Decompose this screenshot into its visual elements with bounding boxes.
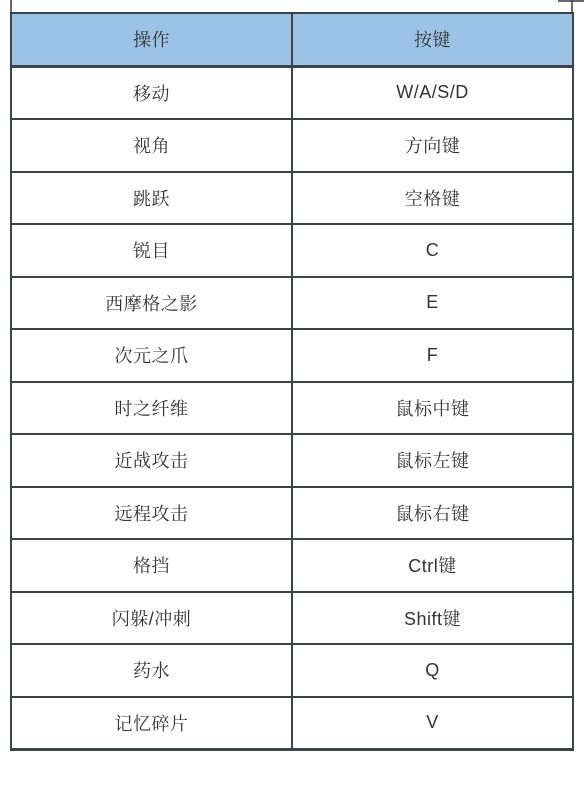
action-cell: 远程攻击: [11, 487, 292, 540]
action-cell: 移动: [11, 66, 292, 119]
table-row: 锐目C: [11, 224, 573, 277]
table-row: 时之纤维鼠标中键: [11, 382, 573, 435]
key-cell: Shift键: [292, 592, 573, 645]
key-cell: W/A/S/D: [292, 66, 573, 119]
table-row: 记忆碎片V: [11, 697, 573, 750]
key-cell: V: [292, 697, 573, 750]
column-header-key: 按键: [292, 13, 573, 66]
header-row: 操作 按键: [11, 13, 573, 66]
key-cell: 空格键: [292, 172, 573, 225]
key-cell: C: [292, 224, 573, 277]
table-row: 近战攻击鼠标左键: [11, 434, 573, 487]
table-row: 远程攻击鼠标右键: [11, 487, 573, 540]
table-header: 操作 按键: [11, 13, 573, 66]
key-cell: 鼠标中键: [292, 382, 573, 435]
crop-artifact-top-line: [558, 0, 584, 2]
table-row: 移动W/A/S/D: [11, 66, 573, 119]
action-cell: 药水: [11, 644, 292, 697]
table-row: 西摩格之影E: [11, 277, 573, 330]
action-cell: 近战攻击: [11, 434, 292, 487]
key-cell: E: [292, 277, 573, 330]
action-cell: 锐目: [11, 224, 292, 277]
action-cell: 格挡: [11, 539, 292, 592]
action-cell: 跳跃: [11, 172, 292, 225]
action-cell: 时之纤维: [11, 382, 292, 435]
key-cell: 方向键: [292, 119, 573, 172]
key-cell: Ctrl键: [292, 539, 573, 592]
table-row: 视角方向键: [11, 119, 573, 172]
key-cell: 鼠标左键: [292, 434, 573, 487]
table-row: 药水Q: [11, 644, 573, 697]
column-header-action: 操作: [11, 13, 292, 66]
key-cell: Q: [292, 644, 573, 697]
action-cell: 次元之爪: [11, 329, 292, 382]
action-cell: 视角: [11, 119, 292, 172]
table-row: 格挡Ctrl键: [11, 539, 573, 592]
key-cell: F: [292, 329, 573, 382]
table-row: 次元之爪F: [11, 329, 573, 382]
controls-table-container: 操作 按键 移动W/A/S/D视角方向键跳跃空格键锐目C西摩格之影E次元之爪F时…: [10, 12, 574, 751]
table-row: 跳跃空格键: [11, 172, 573, 225]
controls-table: 操作 按键 移动W/A/S/D视角方向键跳跃空格键锐目C西摩格之影E次元之爪F时…: [10, 12, 574, 751]
table-row: 闪躲/冲刺Shift键: [11, 592, 573, 645]
action-cell: 记忆碎片: [11, 697, 292, 750]
action-cell: 西摩格之影: [11, 277, 292, 330]
key-cell: 鼠标右键: [292, 487, 573, 540]
action-cell: 闪躲/冲刺: [11, 592, 292, 645]
table-body: 移动W/A/S/D视角方向键跳跃空格键锐目C西摩格之影E次元之爪F时之纤维鼠标中…: [11, 66, 573, 750]
